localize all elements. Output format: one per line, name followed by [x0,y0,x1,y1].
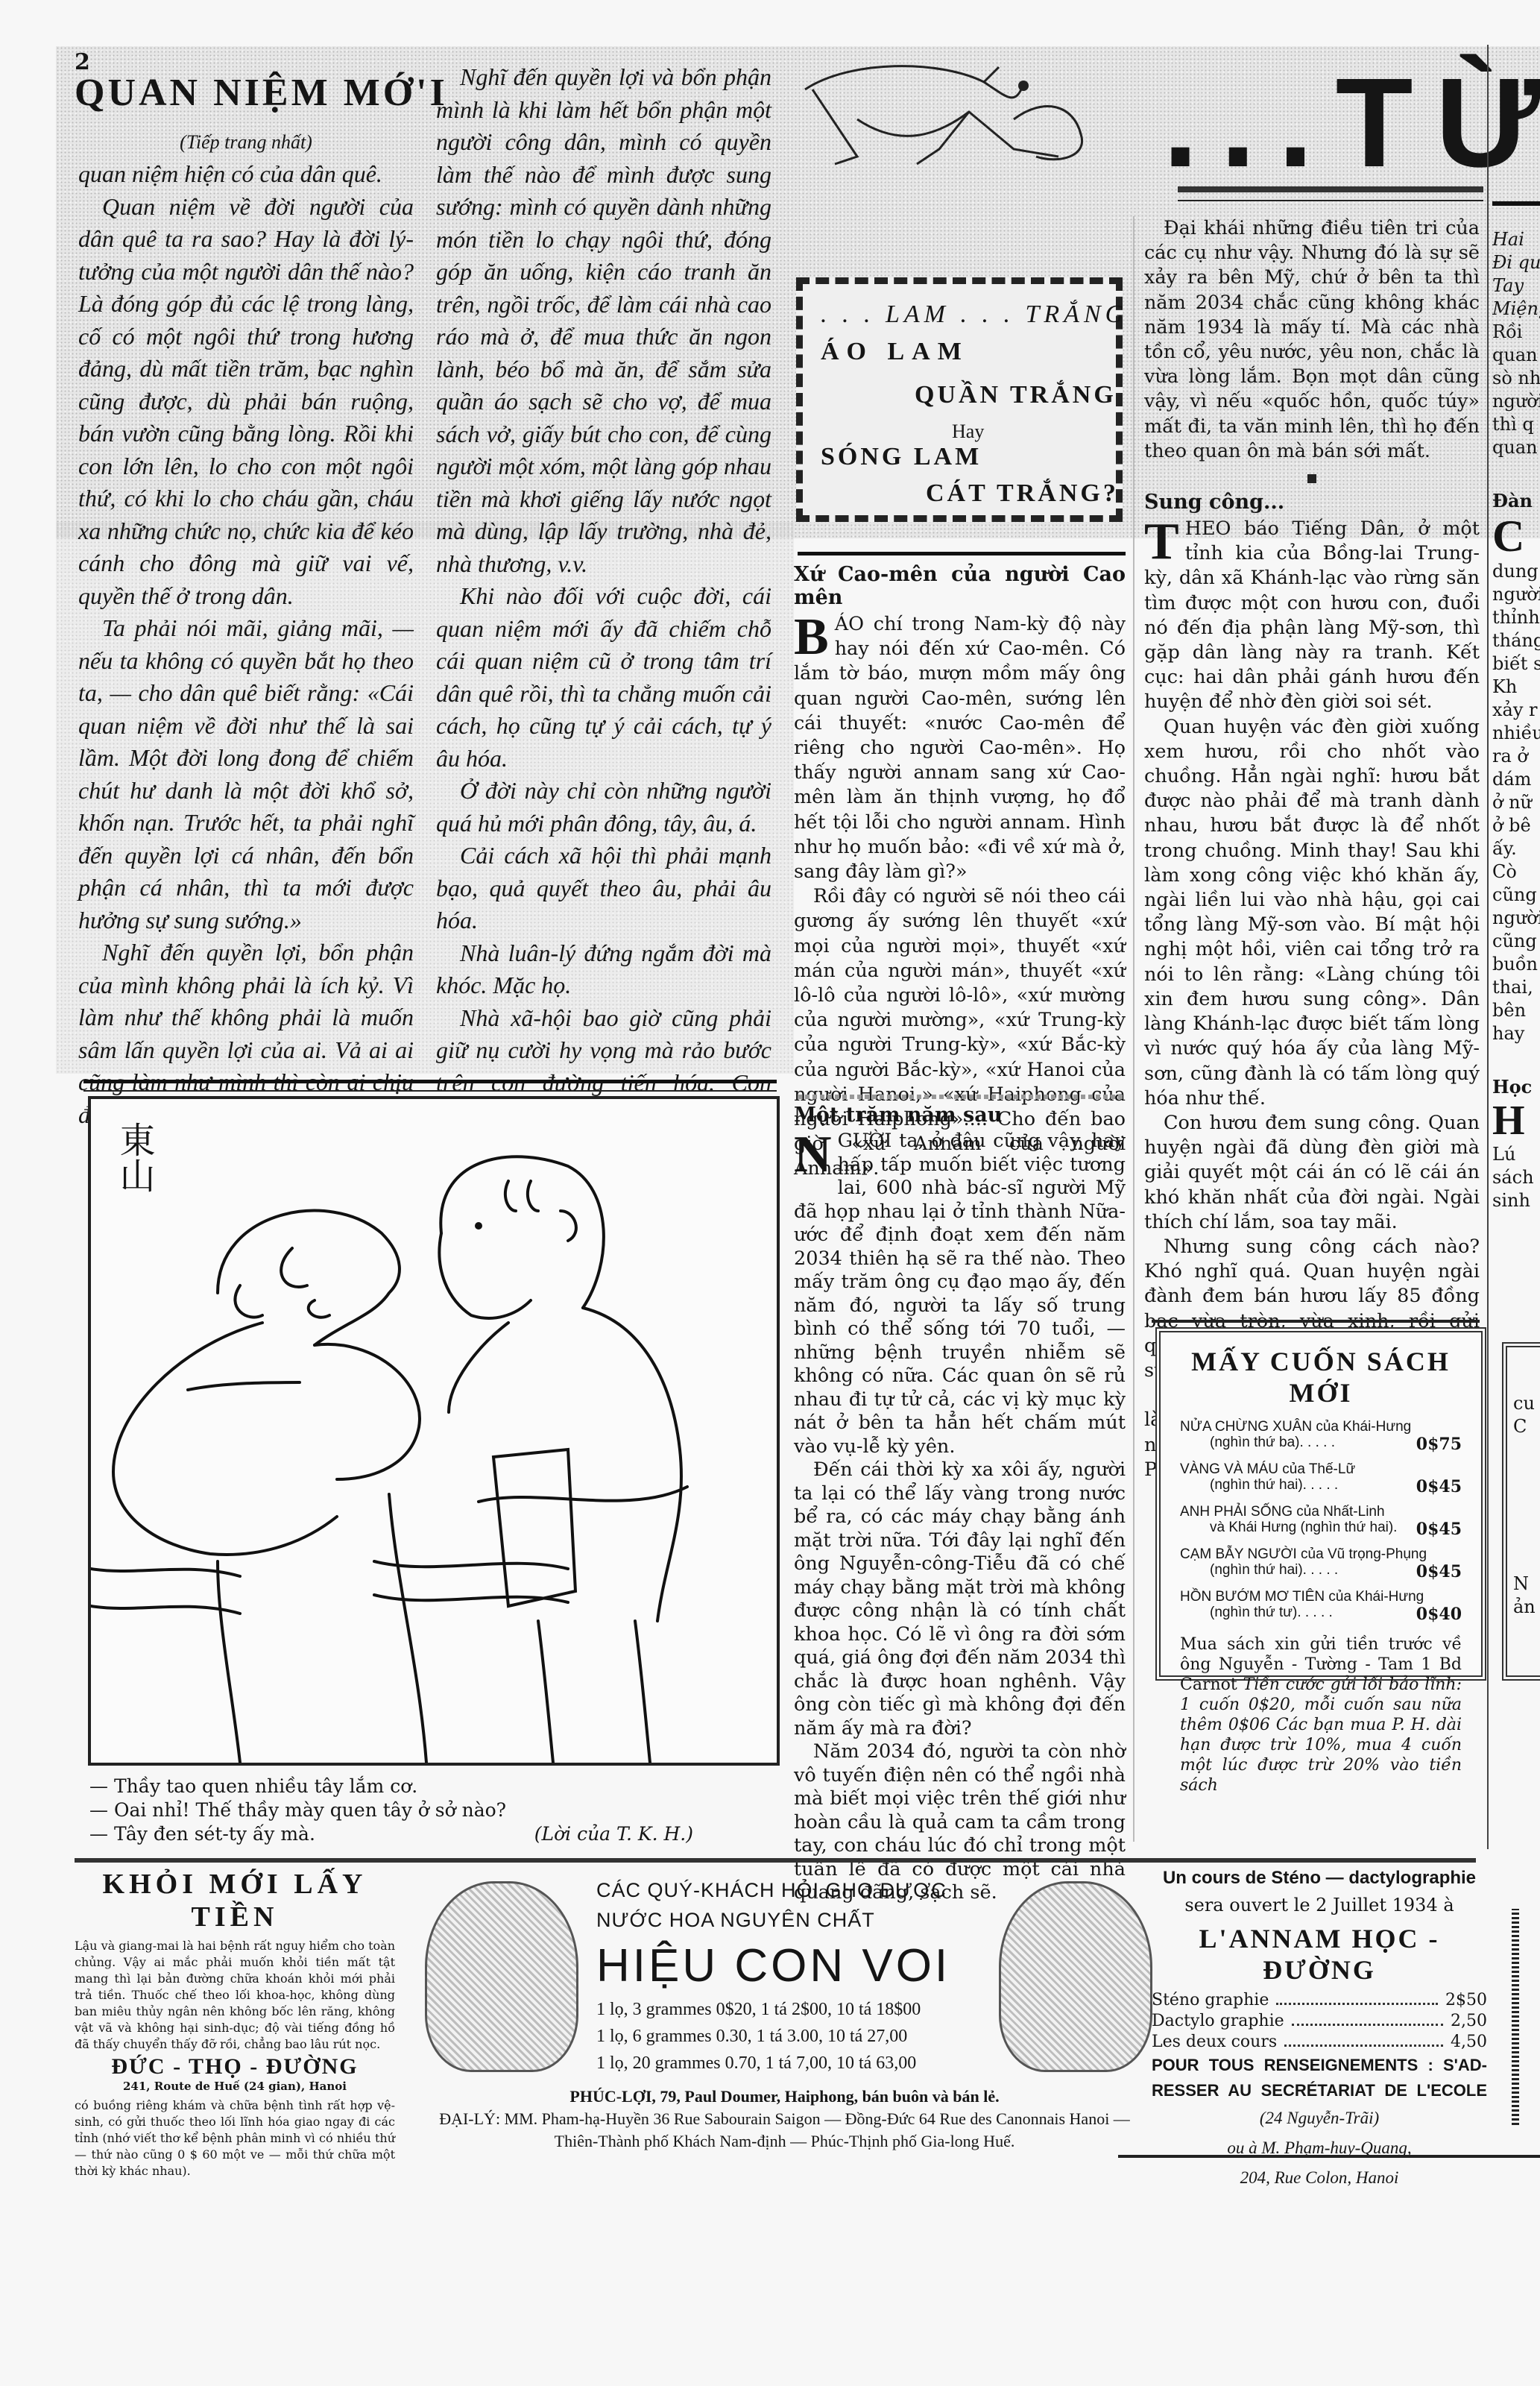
article-cao-men: Xứ Cao-mên của người Cao mên BÁO chí tro… [794,563,1126,1182]
article-tien-tri: Đại khái những điều tiên tri của các cụ … [1144,216,1480,1482]
books-order-note: Mua sách xin gửi tiền trước về ông Nguyễ… [1161,1631,1481,1795]
cartoon-caption: — Thầy tao quen nhiều tây lắm cơ. — Oai … [89,1775,775,1846]
dialogue-line: — Oai nhỉ! Thế thầy mày quen tây ở sở nà… [89,1798,775,1822]
ad-brand: HIỆU CON VOI [596,1939,984,1993]
ad-line: Un cours de Sténo — dactylographie [1152,1868,1487,1889]
column-divider [1133,216,1135,1842]
ad-school: L'ANNAM HỌC - ĐƯỜNG [1152,1923,1487,1986]
lam-trang-box: . . . LAM . . . TRẮNG ÁO LAM QUẦN TRẮNG … [796,277,1123,522]
elephant-icon [999,1881,1152,2072]
price-row: Dactylo graphie2,50 [1152,2011,1487,2032]
box-line: SÓNG LAM [821,443,982,471]
box-line: . . . LAM . . . TRẮNG [821,300,1128,329]
book-item: CẠM BẪY NGƯỜI của Vũ trọng-Phụng (nghìn … [1161,1546,1481,1581]
ad-title: KHỎI MỚI LẤY TIỀN [75,1868,395,1933]
caption-credit: (Lời của T. K. H.) [534,1822,693,1846]
book-price: 0$75 [1416,1435,1462,1454]
book-item: NỬA CHỪNG XUÂN của Khái-Hưng (nghìn thứ … [1161,1419,1481,1454]
right-cropped-column: Hai Đi qu Tay Miệng Rồi quan sò nh người… [1492,201,1540,1212]
box-line: CÁT TRẮNG? [926,479,1119,508]
ad-address: 241, Route de Huế (24 gian), Hanoi [75,2080,395,2093]
paragraph: Nghĩ đến quyền lợi và bổn phận mình là k… [436,61,771,580]
article-mot-tram-nam-sau: Một trăm năm sau NGƯỜI ta, ở đâu cũng vậ… [794,1104,1126,1905]
article-heading: Xứ Cao-mên của người Cao mên [794,563,1126,609]
box-line: Hay [952,421,984,443]
paragraph: báo Tiếng Dân, ở một tỉnh kia của Bồng-l… [1144,517,1480,713]
paragraph: Quan huyện vác đèn giời xuống xem hươu, … [1144,715,1480,1111]
ad-seller: PHÚC-LỢI, 79, Paul Doumer, Haiphong, bán… [417,2086,1152,2108]
price-row: Sténo graphie2$50 [1152,1990,1487,2011]
column-header: ...TỪ [1163,60,1540,186]
ad-line: RESSER AU SECRÉTARIAT DE L'ECOLE [1152,2078,1487,2103]
cartoon-illustration: 東山 [88,1096,780,1766]
paragraph: Ở đời này chỉ còn những người quá hủ mới… [436,775,771,840]
right-cropped-box: cu C N ản [1502,1342,1540,1681]
book-item: VÀNG VÀ MÁU của Thế-Lữ (nghìn thứ hai). … [1161,1461,1481,1496]
box-line: ÁO LAM [821,338,969,366]
box-line: QUẦN TRẮNG [915,381,1117,409]
lead-word: HEO [1185,517,1231,540]
divider [1118,2155,1540,2158]
paragraph: Ta phải nói mãi, giảng mãi, — nếu ta khô… [78,612,414,937]
fragment-heading: Đàn [1492,489,1540,512]
column-divider [1487,45,1489,1849]
paragraph: Khi nào đối với cuộc đời, cái quan niệm … [436,580,771,775]
ad-body: có buồng riêng khám và chữa bệnh tình rấ… [75,2097,395,2179]
paragraph: Con hươu đem sung công. Quan huyện ngài … [1144,1111,1480,1235]
editorial-column-1: quan niệm hiện có của dân quê. Quan niệm… [78,158,414,1131]
article-heading: Một trăm năm sau [794,1104,1126,1127]
book-price: 0$40 [1416,1605,1462,1624]
paragraph: Quan niệm về đời người của dân quê ta ra… [78,191,414,613]
divider [75,1858,1476,1863]
paragraph: Đại khái những điều tiên tri của các cụ … [1144,216,1480,464]
cartoon-two-figures-icon [91,1099,777,1763]
ad-price-row: 1 lọ, 20 grammes 0.70, 1 tá 7,00, 10 tá … [596,2050,984,2077]
mantis-illustration-icon [790,45,1178,171]
ad-price-row: 1 lọ, 3 grammes 0$20, 1 tá 2$00, 10 tá 1… [596,1996,984,2023]
ad-duc-tho-duong: KHỎI MỚI LẤY TIỀN Lậu và giang-mai là ha… [75,1868,395,2179]
divider [1152,1320,1480,1323]
drop-cap: T [1144,520,1179,564]
ad-steno-course: Un cours de Sténo — dactylographie sera … [1152,1868,1487,2193]
paragraph: Cải cách xã hội thì phải mạnh bạo, quả q… [436,840,771,937]
ad-brand: ĐỨC - THỌ - ĐƯỜNG [75,2054,395,2080]
price-row: Les deux cours4,50 [1152,2032,1487,2053]
ad-line: CÁC QUÝ-KHÁCH HỎI GHO ĐƯỢC [596,1875,984,1905]
drop-cap: B [794,615,829,660]
ad-address: ou à M. Phạm-huy-Quang, [1152,2133,1487,2163]
divider [1492,201,1540,206]
divider [798,552,1126,555]
lead-word: GƯỜI [838,1130,892,1152]
article-heading: Sung công... [1144,491,1480,514]
paragraph: quan niệm hiện có của dân quê. [78,158,414,191]
ad-line: POUR TOUS RENSEIGNEMENTS : S'AD- [1152,2053,1487,2078]
divider [1178,186,1483,192]
divider [798,1095,1126,1099]
paragraph: Nhà luân-lý đứng ngắm đời mà khóc. Mặc h… [436,937,771,1002]
ad-body: Lậu và giang-mai là hai bệnh rất nguy hi… [75,1938,395,2053]
book-price: 0$45 [1416,1562,1462,1581]
book-item: HỒN BƯỚM MƠ TIÊN của Khái-Hưng (nghìn th… [1161,1589,1481,1624]
divider [83,1080,777,1083]
section-bullet [1307,474,1316,483]
paragraph: chí trong Nam-kỳ độ này hay nói đến xứ C… [794,613,1126,883]
ad-line: sera ouvert le 2 Juillet 1934 à [1152,1895,1487,1916]
divider [83,1090,777,1092]
ad-address: 204, Rue Colon, Hanoi [1152,2163,1487,2193]
continued-note: (Tiếp trang nhất) [82,131,410,154]
paragraph: Đến cái thời kỳ xa xôi ấy, người ta lại … [794,1458,1126,1740]
lead-word: ÁO [835,613,864,635]
book-price: 0$45 [1416,1520,1462,1539]
right-edge-border [1512,1909,1519,2125]
editorial-title: QUAN NIỆM MỚ'I [75,71,417,115]
divider [1178,200,1483,201]
ad-price-row: 1 lọ, 6 grammes 0.30, 1 tá 3.00, 10 tá 2… [596,2023,984,2050]
dialogue-line: — Thầy tao quen nhiều tây lắm cơ. [89,1775,775,1798]
fragment-heading: Học [1492,1075,1540,1098]
drop-cap: N [794,1133,832,1177]
book-item: ANH PHẢI SỐNG của Nhất-Linh và Khái Hưng… [1161,1504,1481,1539]
book-price: 0$45 [1416,1477,1462,1496]
ad-address: (24 Nguyễn-Trãi) [1152,2103,1487,2133]
books-title: MẤY CUỐN SÁCH MỚI [1161,1346,1481,1408]
paragraph: ta, ở đâu cũng vậy, hay hấp tấp muốn biế… [794,1130,1126,1458]
ad-agents: ĐẠI-LÝ: MM. Pham-hạ-Huyền 36 Rue Saboura… [417,2108,1152,2153]
elephant-icon [425,1881,578,2072]
editorial-column-2: Nghĩ đến quyền lợi và bổn phận mình là k… [436,61,771,1196]
ad-line: NƯỚC HOA NGUYÊN CHẤT [596,1905,984,1935]
new-books-ad: MẤY CUỐN SÁCH MỚI NỬA CHỪNG XUÂN của Khá… [1155,1327,1486,1681]
